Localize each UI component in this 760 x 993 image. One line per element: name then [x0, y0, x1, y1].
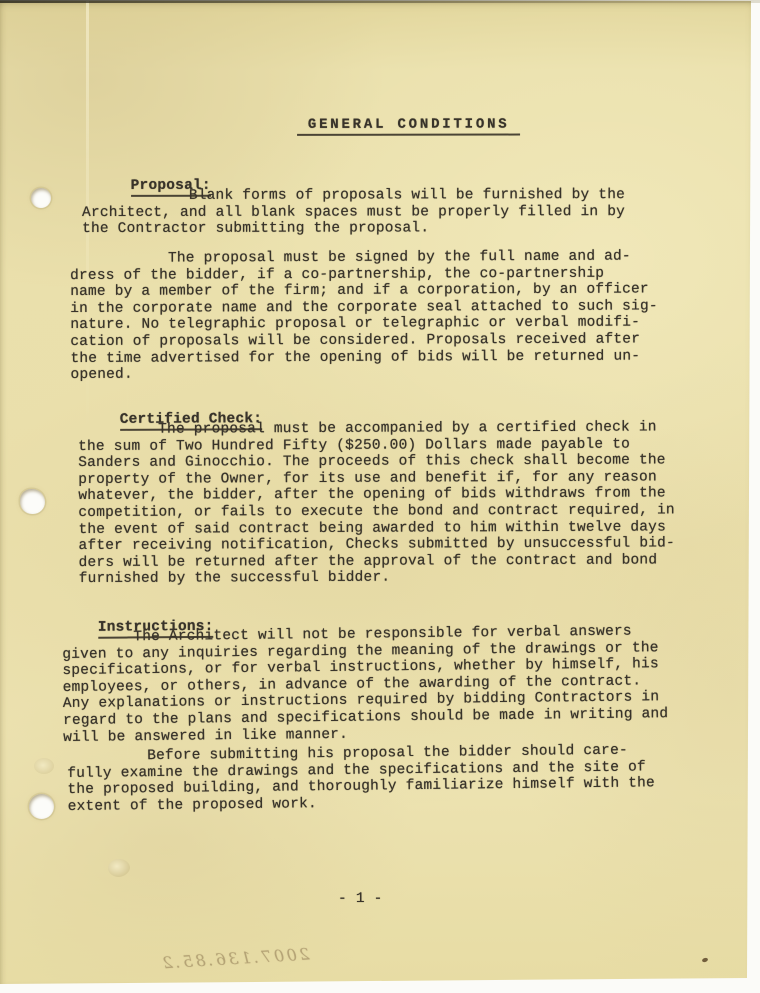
text-line: cation of proposals will be considered. …: [70, 331, 658, 350]
document-title: GENERAL CONDITIONS: [252, 100, 521, 153]
text-line: opened.: [71, 365, 659, 384]
text-line: Architect, and all blank spaces must be …: [82, 204, 625, 222]
document-title-text: GENERAL CONDITIONS: [297, 116, 521, 136]
text-line: The proposal must be accompanied by a ce…: [78, 419, 674, 438]
text-line: the time advertised for the opening of b…: [70, 348, 658, 367]
paper-dent: [34, 758, 54, 774]
page-number: - 1 -: [338, 891, 383, 908]
text-line: ders will be returned after the approval…: [79, 552, 675, 571]
text-line: competition, or fails to execute the bon…: [78, 502, 674, 521]
scan-top-edge: [0, 0, 760, 3]
punch-hole-middle: [20, 489, 45, 514]
paper-sheet: GENERAL CONDITIONS Proposal: Blank forms…: [0, 1, 751, 985]
text-line: Blank forms of proposals will be furnish…: [82, 187, 625, 205]
paragraph-instructions-1: The Architect will not be responsible fo…: [62, 623, 669, 746]
paragraph-instructions-2: Before submitting his proposal the bidde…: [67, 742, 655, 815]
text-line: furnished by the successful bidder.: [79, 569, 675, 588]
mirrored-accession-number: 2007.136.85.2: [160, 944, 310, 972]
text-line: The proposal must be signed by the full …: [70, 248, 658, 267]
text-line: the Contractor submitting the proposal.: [82, 220, 625, 238]
paper-dent: [108, 859, 130, 877]
paragraph-certified-check-1: The proposal must be accompanied by a ce…: [78, 419, 675, 588]
paragraph-proposal-1: Blank forms of proposals will be furnish…: [82, 187, 625, 238]
punch-hole-top: [31, 188, 51, 208]
paper-speck: [701, 957, 708, 963]
paragraph-proposal-2: The proposal must be signed by the full …: [70, 248, 658, 383]
punch-hole-bottom: [29, 794, 54, 819]
